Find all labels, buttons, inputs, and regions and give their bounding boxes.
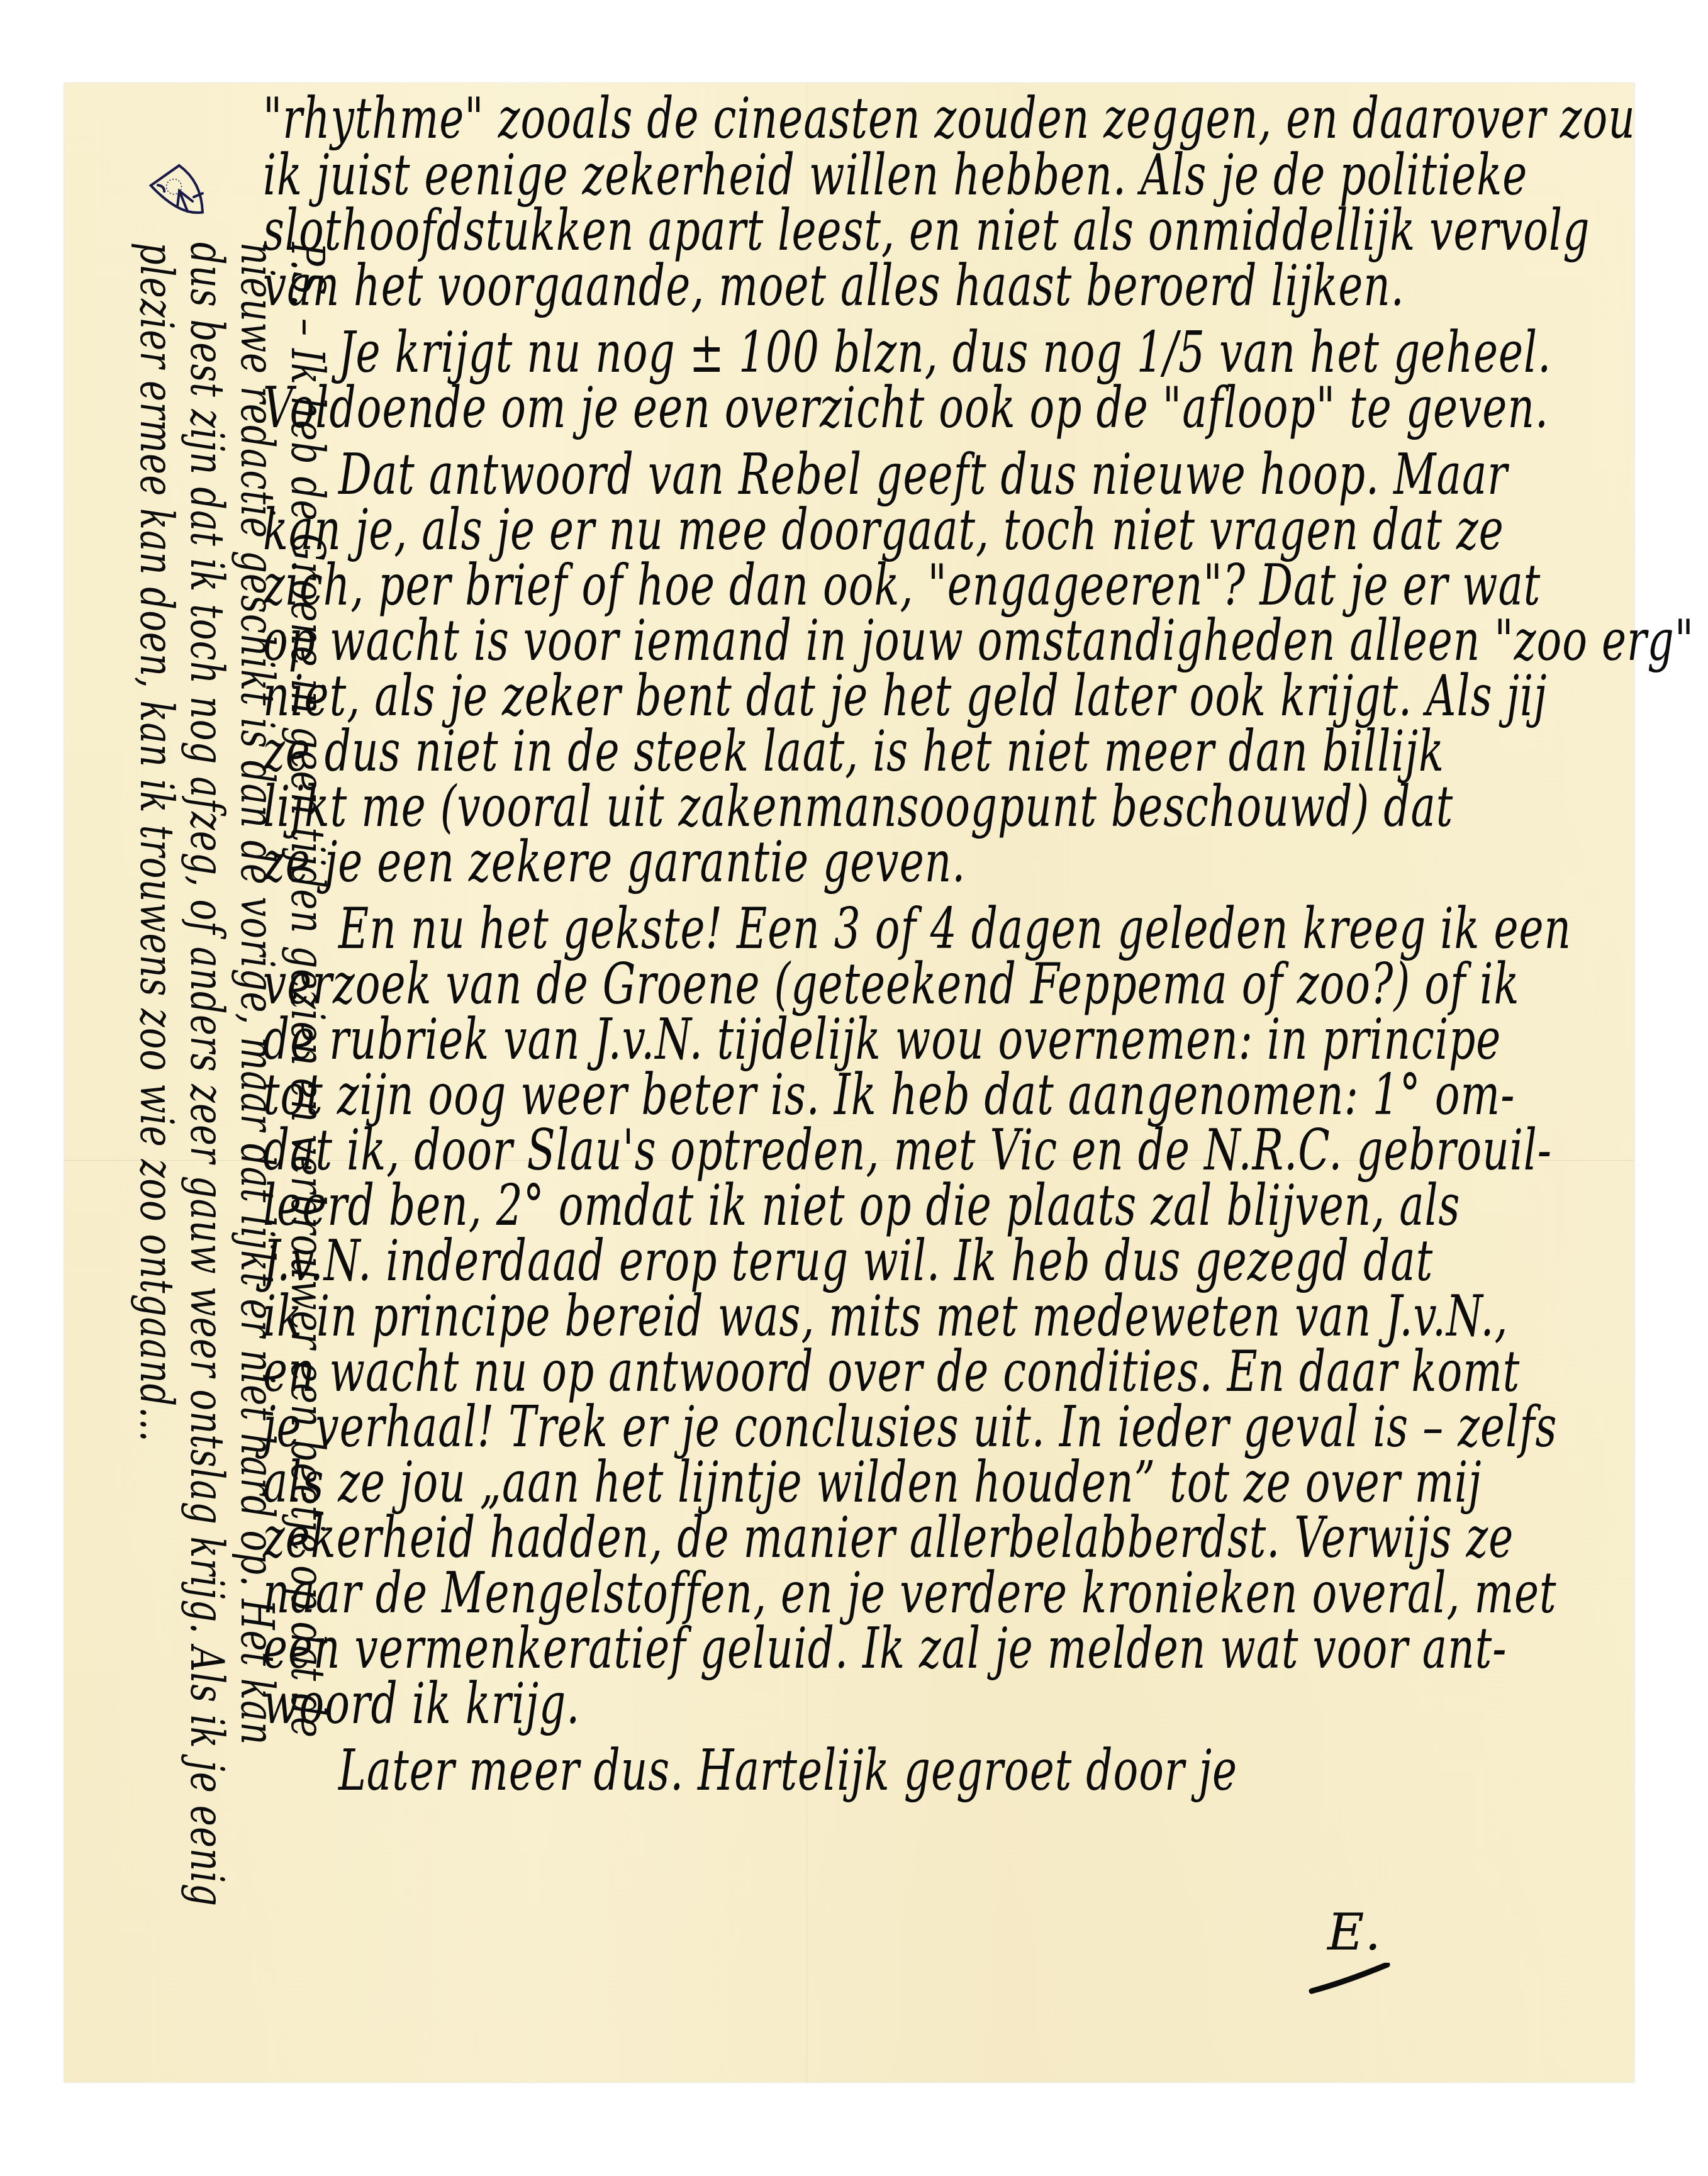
signature-flourish: [1309, 1963, 1390, 1994]
margin-postscript: P.S. – Ik heb de Groene in geen tijden g…: [110, 242, 324, 2067]
body-line: ze je een zekere garantie geven.: [263, 829, 966, 896]
closing-line: Later meer dus. Hartelijk gegroet door j…: [338, 1737, 1237, 1805]
body-line: Voldoende om je een overzicht ook op de …: [263, 374, 1549, 442]
postscript-line: plezier ermee kan doen, kan ik trouwens …: [123, 242, 188, 1442]
signature: E.: [1327, 1903, 1381, 1961]
body-line: van het voorgaande, moet alles haast ber…: [263, 252, 1405, 320]
